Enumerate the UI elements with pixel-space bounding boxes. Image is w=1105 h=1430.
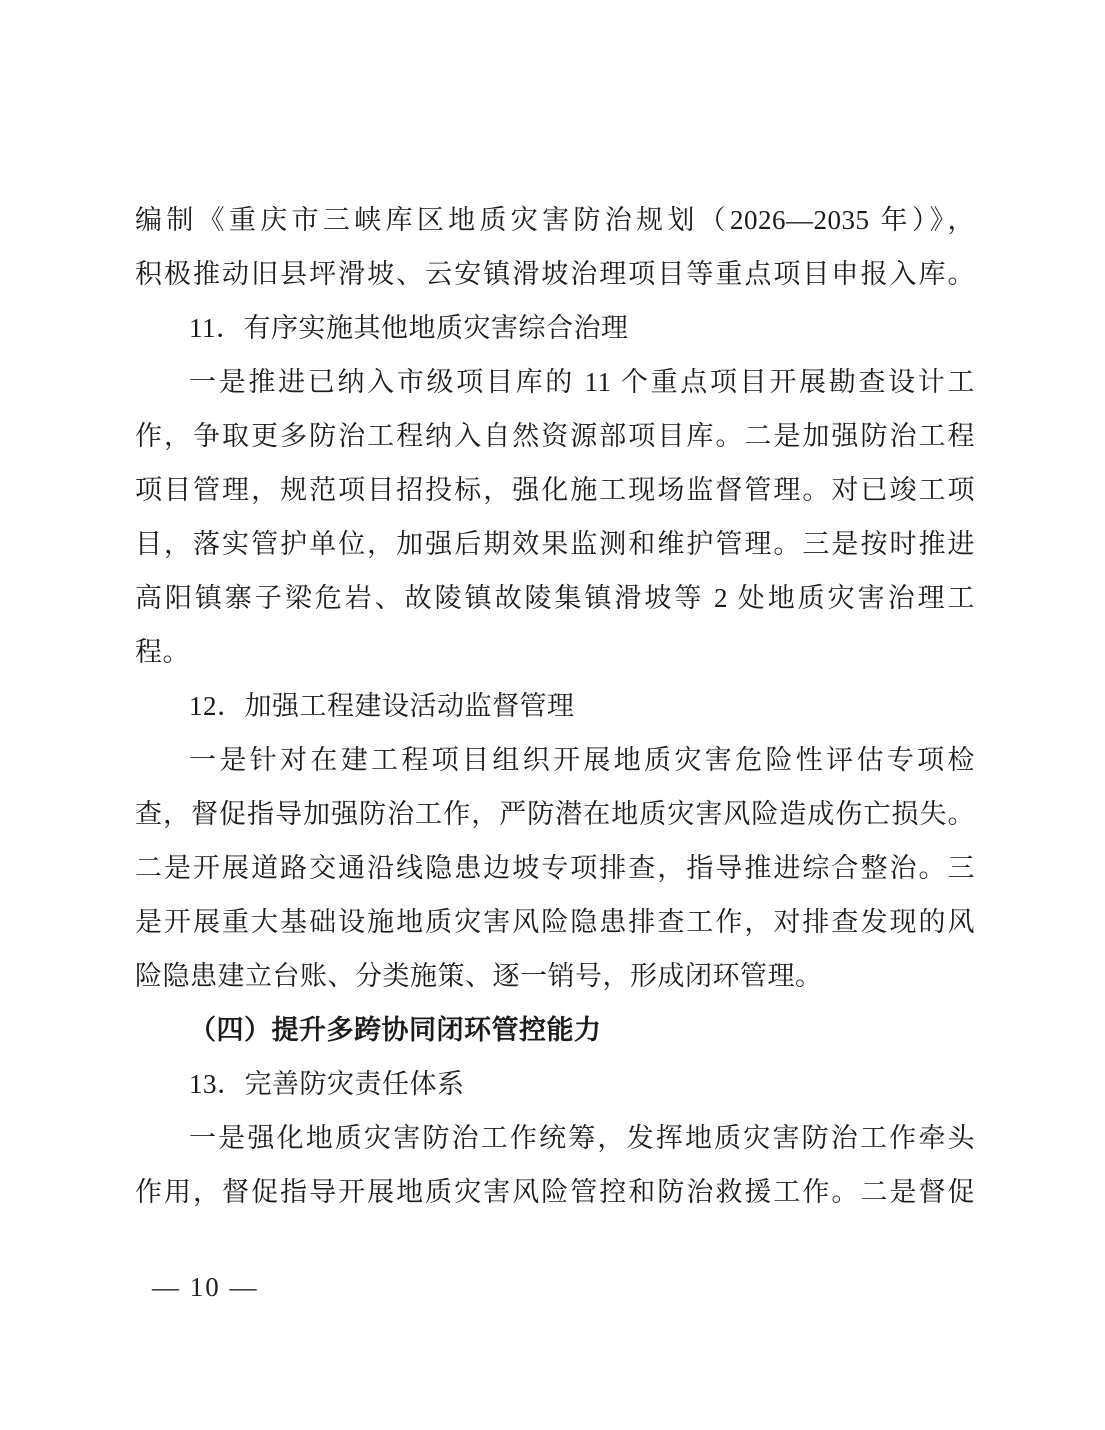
paragraph: 一是推进已纳入市级项目库的 11 个重点项目开展勘查设计工 作，争取更多防治工程…: [135, 355, 975, 679]
text-line: 查，督促指导加强防治工作，严防潜在地质灾害风险造成伤亡损失。: [135, 787, 975, 841]
text-line: 积极推动旧县坪滑坡、云安镇滑坡治理项目等重点项目申报入库。: [135, 247, 975, 301]
text-line: 一是针对在建工程项目组织开展地质灾害危险性评估专项检: [135, 733, 975, 787]
page-footer: — 10 —: [152, 1272, 259, 1302]
text-line: 目，落实管护单位，加强后期效果监测和维护管理。三是按时推进: [135, 517, 975, 571]
section-heading-11: 11．有序实施其他地质灾害综合治理: [135, 301, 975, 355]
section-heading-13: 13．完善防灾责任体系: [135, 1057, 975, 1111]
paragraph: 一是强化地质灾害防治工作统筹，发挥地质灾害防治工作牵头 作用，督促指导开展地质灾…: [135, 1111, 975, 1219]
text-line: 二是开展道路交通沿线隐患边坡专项排查，指导推进综合整治。三: [135, 841, 975, 895]
text-line: 是开展重大基础设施地质灾害风险隐患排查工作，对排查发现的风: [135, 895, 975, 949]
text-line: 编制《重庆市三峡库区地质灾害防治规划（2026—2035 年）》，: [135, 193, 975, 247]
paragraph-continuation: 编制《重庆市三峡库区地质灾害防治规划（2026—2035 年）》， 积极推动旧县…: [135, 193, 975, 301]
document-page: 编制《重庆市三峡库区地质灾害防治规划（2026—2035 年）》， 积极推动旧县…: [0, 0, 1105, 1430]
section-heading-12: 12．加强工程建设活动监督管理: [135, 679, 975, 733]
paragraph: 一是针对在建工程项目组织开展地质灾害危险性评估专项检 查，督促指导加强防治工作，…: [135, 733, 975, 1003]
text-line: 作用，督促指导开展地质灾害风险管控和防治救援工作。二是督促: [135, 1165, 975, 1219]
text-line: 险隐患建立台账、分类施策、逐一销号，形成闭环管理。: [135, 949, 975, 1003]
text-line: 作，争取更多防治工程纳入自然资源部项目库。二是加强防治工程: [135, 409, 975, 463]
text-line: 高阳镇寨子梁危岩、故陵镇故陵集镇滑坡等 2 处地质灾害治理工: [135, 571, 975, 625]
text-line: 项目管理，规范项目招投标，强化施工现场监督管理。对已竣工项: [135, 463, 975, 517]
subsection-heading-4: （四）提升多跨协同闭环管控能力: [135, 1003, 975, 1057]
text-line: 一是强化地质灾害防治工作统筹，发挥地质灾害防治工作牵头: [135, 1111, 975, 1165]
text-line: 一是推进已纳入市级项目库的 11 个重点项目开展勘查设计工: [135, 355, 975, 409]
document-content: 编制《重庆市三峡库区地质灾害防治规划（2026—2035 年）》， 积极推动旧县…: [135, 193, 975, 1219]
page-number: — 10 —: [152, 1272, 259, 1302]
text-line: 程。: [135, 625, 975, 679]
